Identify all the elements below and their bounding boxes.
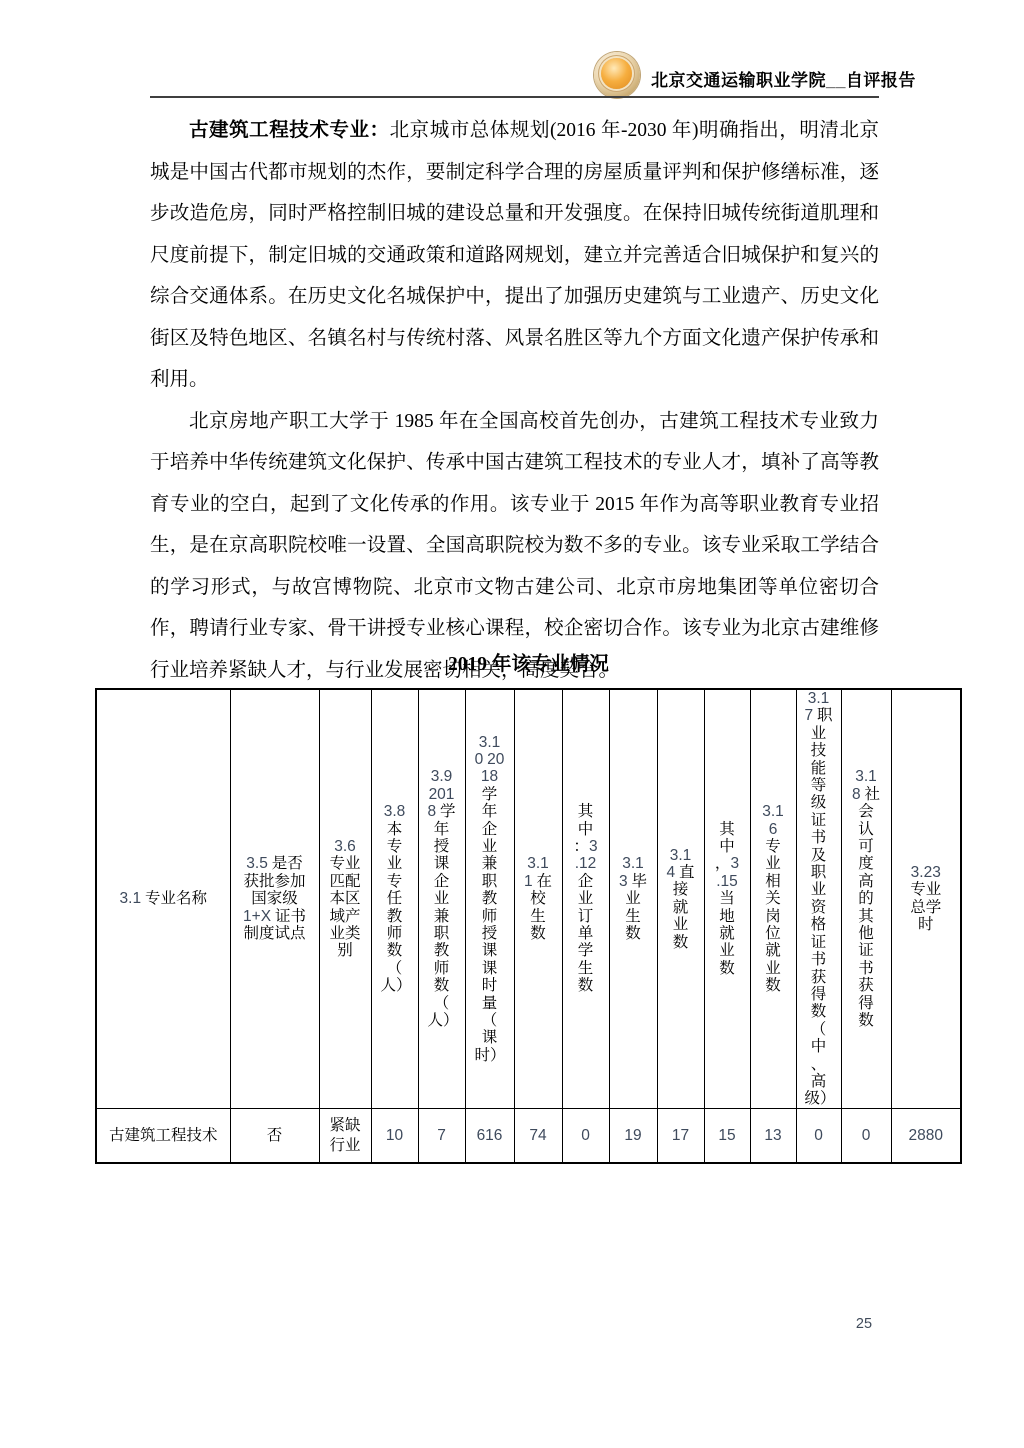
page-number: 25 [846, 1316, 882, 1332]
data-cell: 0 [841, 1108, 891, 1163]
data-cell: 15 [704, 1108, 750, 1163]
paragraph-text: 北京城市总体规划(2016 年-2030 年)明确指出，明清北京城是中国古代都市… [150, 120, 879, 390]
paragraph-lead: 古建筑工程技术专业： [189, 120, 390, 141]
column-header: 3.23 专业总学时 [891, 689, 961, 1108]
data-cell: 0 [796, 1108, 841, 1163]
college-seal-icon [594, 52, 640, 98]
column-header: 3.9 2018 学年授课企业兼职教师数（人） [418, 689, 465, 1108]
report-page: 北京交通运输职业学院__自评报告 古建筑工程技术专业：北京城市总体规划(2016… [0, 0, 1024, 1448]
column-header: 3.6 专业匹配本区域产业类别 [319, 689, 371, 1108]
college-seal-core-icon [601, 58, 632, 89]
data-cell: 2880 [891, 1108, 961, 1163]
column-header: 3.10 2018 学年企业兼职教师授课课时量（课时） [465, 689, 514, 1108]
paragraph-text: 北京房地产职工大学于 1985 年在全国高校首先创办，古建筑工程技术专业致力于培… [150, 411, 879, 681]
data-cell: 0 [562, 1108, 609, 1163]
specialty-stats-table: 3.1 专业名称 3.5 是否获批参加国家级1+X 证书制度试点 3.6 专业匹… [95, 688, 962, 1164]
column-header: 3.1 专业名称 [96, 689, 230, 1108]
column-header: 3.13 毕业生数 [609, 689, 657, 1108]
data-cell: 紧缺行业 [319, 1108, 371, 1163]
document-header-title: 北京交通运输职业学院__自评报告 [651, 66, 916, 91]
table-data-row: 古建筑工程技术 否 紧缺行业 10 7 616 74 0 19 17 15 13… [96, 1108, 961, 1163]
column-header: 其中：3.12 企业订单学生数 [562, 689, 609, 1108]
data-cell: 13 [750, 1108, 796, 1163]
header-divider [150, 96, 879, 98]
data-cell: 17 [657, 1108, 704, 1163]
column-header: 3.18 社会认可度高的其他证书获得数 [841, 689, 891, 1108]
table-header-row: 3.1 专业名称 3.5 是否获批参加国家级1+X 证书制度试点 3.6 专业匹… [96, 689, 961, 1108]
data-cell: 616 [465, 1108, 514, 1163]
data-cell: 19 [609, 1108, 657, 1163]
column-header: 3.8 本专业专任教师数（人） [371, 689, 418, 1108]
column-header: 3.11 在校生数 [514, 689, 562, 1108]
column-header: 3.14 直接就业数 [657, 689, 704, 1108]
body-content: 古建筑工程技术专业：北京城市总体规划(2016 年-2030 年)明确指出，明清… [150, 110, 879, 691]
column-header: 其中，3.15 当地就业数 [704, 689, 750, 1108]
data-cell: 否 [230, 1108, 319, 1163]
data-cell: 古建筑工程技术 [96, 1108, 230, 1163]
data-cell: 74 [514, 1108, 562, 1163]
paragraph-overview: 古建筑工程技术专业：北京城市总体规划(2016 年-2030 年)明确指出，明清… [150, 110, 879, 401]
data-cell: 10 [371, 1108, 418, 1163]
data-cell: 7 [418, 1108, 465, 1163]
column-header: 3.16 专业相关岗位就业数 [750, 689, 796, 1108]
table-title: 2019 年该专业情况 [95, 648, 962, 676]
column-header: 3.5 是否获批参加国家级1+X 证书制度试点 [230, 689, 319, 1108]
column-header: 3.17 职业技能等级证书及职业资格证书获得数（中、高级） [796, 689, 841, 1108]
